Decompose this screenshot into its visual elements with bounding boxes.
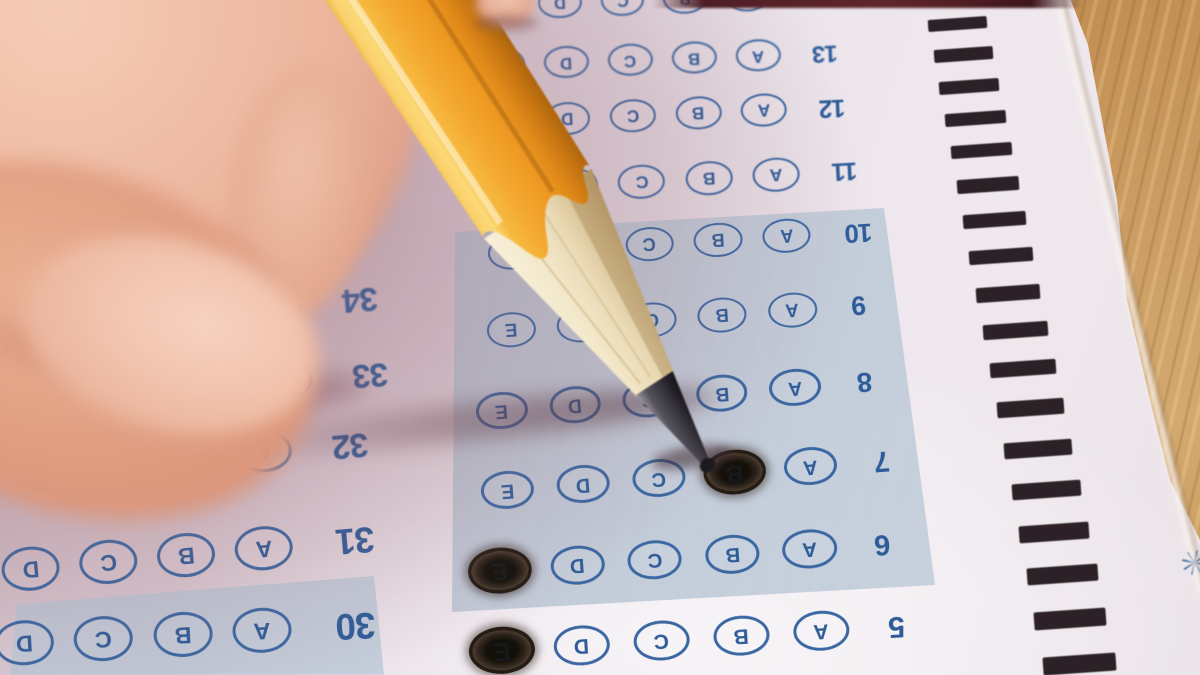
timing-mark-14 [1011, 479, 1081, 500]
timing-mark-11 [990, 359, 1057, 379]
timing-mark-5 [950, 142, 1012, 160]
timing-mark-8 [969, 247, 1034, 266]
timing-mark-4 [944, 109, 1006, 126]
timing-mark-9 [976, 283, 1041, 302]
timing-mark-18 [1042, 652, 1116, 675]
photo-scene: EDCBA14EDCBA13EDCBA12EDCBA11EDCBA10EDCBA… [0, 0, 1200, 675]
timing-mark-7 [962, 211, 1026, 229]
dark-top-edge [652, 0, 1084, 8]
fingertip-shadow [474, 16, 538, 30]
timing-mark-16 [1026, 564, 1098, 586]
timing-mark-2 [933, 46, 993, 63]
timing-mark-1 [927, 16, 987, 32]
timing-mark-10 [982, 320, 1048, 339]
timing-mark-6 [957, 176, 1020, 194]
timing-mark-15 [1018, 521, 1089, 543]
timing-mark-12 [996, 398, 1064, 418]
timing-mark-13 [1004, 439, 1073, 460]
timing-mark-3 [939, 77, 1000, 94]
timing-mark-17 [1033, 608, 1106, 631]
